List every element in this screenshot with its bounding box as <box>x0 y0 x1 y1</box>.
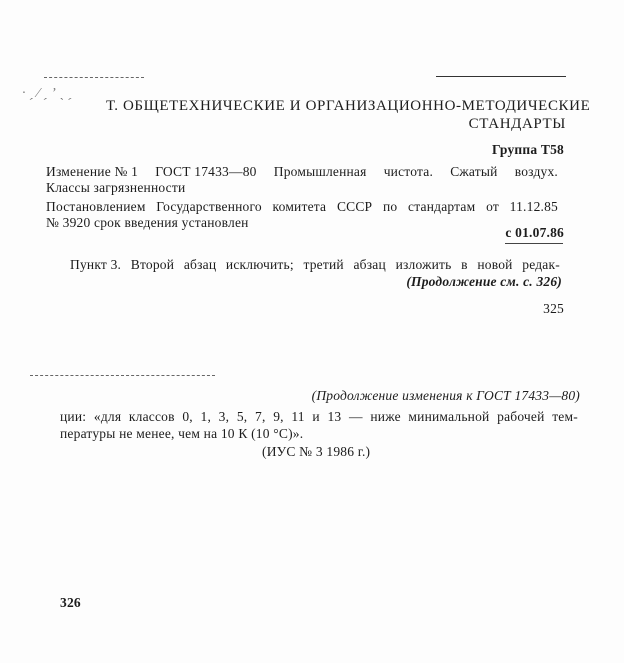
decree-line2: № 3920 срок введения установлен <box>46 215 249 231</box>
word: Второй <box>131 257 174 273</box>
word: Промышленная <box>274 164 367 180</box>
date-underline <box>505 243 563 244</box>
word: СССР <box>337 199 372 215</box>
word: в <box>461 257 468 273</box>
word: абзац <box>184 257 216 273</box>
decree-line1: Постановлением Государственного комитета… <box>46 199 558 215</box>
word: третий <box>303 257 343 273</box>
word: стандартам <box>408 199 475 215</box>
word: чистота. <box>384 164 433 180</box>
word: ниже <box>370 409 400 425</box>
word: 13 <box>327 409 341 425</box>
scan-artifact: · ˏ ⁄ ˏ ʼ ˎ ˏ <box>22 86 72 102</box>
paragraph-line: Пункт 3. Второй абзац исключить; третий … <box>70 257 560 273</box>
word: тем- <box>552 409 578 425</box>
word: 11 <box>291 409 304 425</box>
word: редак- <box>522 257 560 273</box>
word: рабочей <box>497 409 544 425</box>
word: новой <box>477 257 512 273</box>
word: воздух. <box>515 164 558 180</box>
gost-number: ГОСТ 17433—80 <box>155 164 256 180</box>
word: по <box>383 199 397 215</box>
word: Пункт 3. <box>70 257 121 273</box>
word: 7, <box>255 409 266 425</box>
top-right-rule <box>436 76 566 77</box>
word: — <box>349 409 363 425</box>
decree-date: 11.12.85 <box>510 199 558 215</box>
word: исключить; <box>226 257 294 273</box>
change-title-line1: Изменение № 1 ГОСТ 17433—80 Промышленная… <box>46 164 558 180</box>
section-title-line1: Т. ОБЩЕТЕХНИЧЕСКИЕ И ОРГАНИЗАЦИОННО-МЕТО… <box>106 98 590 115</box>
word: «для <box>94 409 121 425</box>
word: Постановлением <box>46 199 146 215</box>
word: Государственного <box>156 199 262 215</box>
change-number: Изменение № 1 <box>46 164 138 180</box>
word: 1, <box>201 409 212 425</box>
continuation-note: (Продолжение см. с. 326) <box>406 274 562 290</box>
top-left-rule <box>44 77 144 79</box>
word: ции: <box>60 409 86 425</box>
page-number-325: 325 <box>543 301 564 317</box>
effective-date: с 01.07.86 <box>505 225 564 241</box>
page-divider <box>30 375 215 377</box>
word: классов <box>129 409 175 425</box>
source-reference: (ИУС № 3 1986 г.) <box>262 444 370 460</box>
word: 0, <box>182 409 193 425</box>
word: 3, <box>219 409 230 425</box>
word: изложить <box>396 257 452 273</box>
word: 9, <box>273 409 284 425</box>
word: минимальной <box>408 409 489 425</box>
text-line1: ции: «для классов 0, 1, 3, 5, 7, 9, 11 и… <box>60 409 578 425</box>
page-number-326: 326 <box>60 595 81 611</box>
word: и <box>312 409 319 425</box>
continuation-header: (Продолжение изменения к ГОСТ 17433—80) <box>312 388 580 404</box>
word: комитета <box>273 199 327 215</box>
section-title-line2: СТАНДАРТЫ <box>469 116 566 133</box>
word: 5, <box>237 409 248 425</box>
word: абзац <box>353 257 385 273</box>
text-line2: пературы не менее, чем на 10 К (10 °С)». <box>60 426 303 442</box>
group-label: Группа Т58 <box>492 142 564 158</box>
change-title-line2: Классы загрязненности <box>46 180 185 196</box>
word: Сжатый <box>450 164 497 180</box>
word: от <box>486 199 499 215</box>
